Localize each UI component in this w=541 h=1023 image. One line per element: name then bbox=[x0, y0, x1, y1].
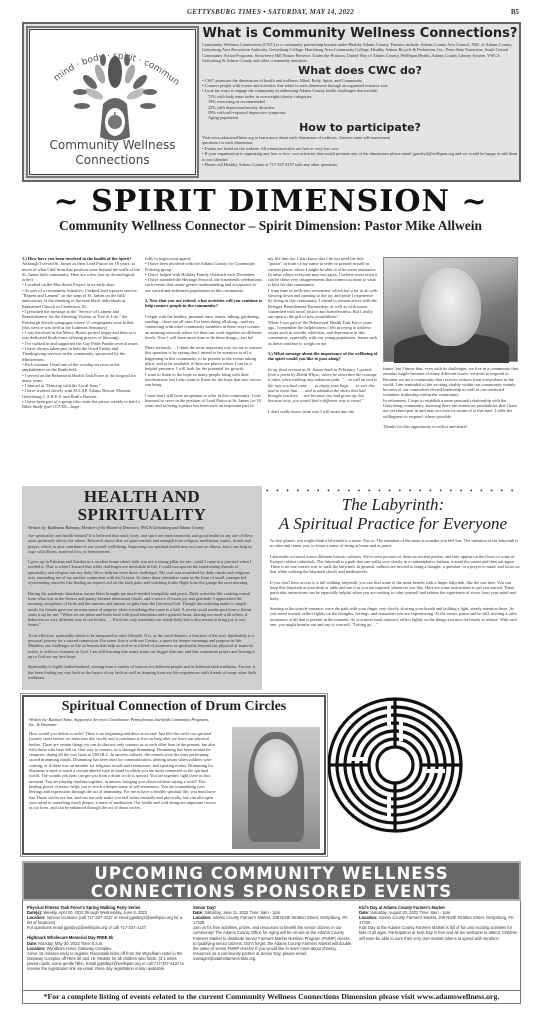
photo-head bbox=[419, 268, 481, 346]
event-location-value: Adams County Farmer's Market, 108 North … bbox=[193, 915, 347, 925]
pastor-photo bbox=[383, 257, 518, 362]
masthead-title: GETTYSBURG TIMES • SATURDAY, MAY 14, 202… bbox=[0, 8, 541, 16]
answer-text: my life thus far. I also know that I do … bbox=[268, 256, 378, 288]
answer-text: More seriously… I think the most importa… bbox=[145, 345, 263, 371]
labyrinth-paragraph: At first glance, you might think a labyr… bbox=[270, 538, 520, 549]
question-2: 2. Now that you are retired, what activi… bbox=[145, 298, 262, 308]
event-location-label: Location: bbox=[27, 946, 45, 951]
event-location: Location: Various locations (call 717-33… bbox=[27, 915, 187, 925]
events-banner: UPCOMING COMMUNITY WELLNESS CONNECTIONS … bbox=[22, 861, 521, 901]
spirit-dimension-title: ~ SPIRIT DIMENSION ~ bbox=[0, 186, 541, 218]
drum-body: How would you define a circle? There is … bbox=[24, 729, 224, 812]
interview-col-4: future, but I know that, even with its c… bbox=[383, 366, 518, 429]
event-extra: Kids Day at the Adams County Farmers Mar… bbox=[359, 925, 519, 940]
answer-bullet: • I served on the Behavioral Health Task… bbox=[22, 373, 140, 384]
cwc-info-text: What is Community Wellness Connections? … bbox=[202, 26, 518, 167]
interview-col-1: 1.) How have you been involved in the he… bbox=[22, 256, 140, 410]
answer-text: I trust that I still have an opinion to … bbox=[145, 393, 263, 409]
health-byline: Written by: Rukhsana Rahman, Member of t… bbox=[22, 524, 262, 533]
logo-name-line2: Connections bbox=[30, 153, 195, 168]
labyrinth-title: The Labyrinth: A Spiritual Practice for … bbox=[266, 495, 520, 533]
labyrinth-title-line1: The Labyrinth: bbox=[266, 495, 520, 514]
answer-bullet: • I have been part of a group who visits… bbox=[22, 399, 140, 410]
health-paragraph: During the pandemic shutdown, nature hik… bbox=[28, 591, 256, 628]
event-location: Location: Adams County Farmer's Market, … bbox=[193, 915, 353, 925]
event-location-value: Wyndham Hotel, Gateway Complex bbox=[47, 946, 112, 951]
masthead: GETTYSBURG TIMES • SATURDAY, MAY 14, 202… bbox=[0, 8, 541, 20]
health-paragraph: Spirituality is highly individualized, c… bbox=[28, 664, 256, 680]
health-paragraph: I grew up in Pakistan and Zambia in a ca… bbox=[28, 559, 256, 585]
logo-name-line1: Community Wellness bbox=[30, 138, 195, 153]
answer-text: I want to listen to the hope so many peo… bbox=[145, 372, 263, 388]
cwc-logo: mind · body · spirit · community Communi… bbox=[29, 29, 196, 175]
events-col-1: Physical Fitness Task Force's Spring Wal… bbox=[27, 905, 187, 971]
what-does-heading: What does CWC do? bbox=[202, 65, 518, 77]
health-title: HEALTH AND SPIRITUALITY bbox=[22, 488, 262, 524]
question-3: 3.) What message about the importance of… bbox=[268, 351, 377, 361]
interview-col-3: my life thus far. I also know that I do … bbox=[268, 256, 378, 414]
answer-text: I don't really know what way I will trea… bbox=[268, 409, 378, 414]
labyrinth-paragraph: Starting at the outside entrance, trace … bbox=[270, 606, 520, 627]
events-list: Physical Fitness Task Force's Spring Wal… bbox=[22, 901, 521, 991]
footer-note: *For a complete listing of events relate… bbox=[22, 991, 521, 1004]
events-banner-line2: CONNECTIONS SPONSORED EVENTS bbox=[24, 883, 519, 901]
answer-text: Thanks for this opportunity to reflect a… bbox=[383, 424, 518, 429]
logo-name: Community Wellness Connections bbox=[30, 138, 195, 168]
answer-bullet: • I preached the message at the "Service… bbox=[22, 309, 140, 330]
drum-byline: Written by: Rachael Stine, Supportive Se… bbox=[24, 715, 219, 729]
answer-text: future, but I know that, even with its c… bbox=[383, 366, 518, 398]
labyrinth-title-line2: A Spiritual Practice for Everyone bbox=[266, 514, 520, 533]
answer-bullet: • As part of a community initiative, I h… bbox=[22, 288, 140, 309]
health-paragraph: To be effective, spirituality needs to b… bbox=[28, 633, 256, 659]
health-spirituality-article: HEALTH AND SPIRITUALITY Written by: Rukh… bbox=[22, 486, 262, 690]
answer-text: Although I served St. James as their Lea… bbox=[22, 261, 140, 282]
labyrinth-paragraph: If you don't have access to a full walki… bbox=[270, 580, 520, 601]
participate-line: • Please call Healthy Adams County at 71… bbox=[202, 162, 518, 167]
what-is-body: Community Wellness Connections (CWC) is … bbox=[202, 42, 518, 64]
event-extra: Join us for free activities, prizes, and… bbox=[193, 925, 353, 961]
page-number: B5 bbox=[511, 8, 519, 16]
answer-text: In retirement, I hope to establish a mor… bbox=[383, 398, 518, 419]
dotted-divider: • • • • • • • • • • • • • • • • • • • • … bbox=[266, 488, 520, 494]
spirit-subtitle: Community Wellness Connector – Spirit Di… bbox=[0, 218, 541, 234]
labyrinth-text: At first glance, you might think a labyr… bbox=[270, 538, 520, 632]
event-extra: Arrive 15 minutes early to register. Rac… bbox=[27, 951, 187, 971]
event-location-value: Adams County Farmer's Market, 108 North … bbox=[359, 915, 513, 925]
event-location-value: Various locations (call 717-337-4137 or … bbox=[27, 915, 182, 925]
answer-bullet: • I have attended the Heritage Festival,… bbox=[145, 277, 263, 293]
question-1: 1.) How have you been involved in the he… bbox=[22, 256, 132, 261]
what-is-heading: What is Community Wellness Connections? bbox=[202, 27, 518, 41]
answer-bullet: • I have always taken part in both the G… bbox=[22, 346, 140, 362]
participate-line: Visit www.adamswellness.org to learn mor… bbox=[202, 135, 402, 146]
cwc-info-box: mind · body · spirit · community Communi… bbox=[22, 22, 521, 182]
drum-circles-article: Spiritual Connection of Drum Circles Wri… bbox=[22, 695, 326, 855]
participate-line: • If your organization is organizing any… bbox=[202, 151, 518, 162]
labyrinth-paragraph: Labyrinths occurred across different his… bbox=[270, 554, 520, 575]
answer-bullet: • I have been involved with the Adams Co… bbox=[145, 261, 263, 272]
answer-bullet: • I have worked closely with SCCAP, Adam… bbox=[22, 388, 140, 399]
tree-logo-icon bbox=[70, 52, 160, 147]
event-location: Location: Adams County Farmer's Market, … bbox=[359, 915, 519, 925]
answer-text: In my final sermon at St. James back in … bbox=[268, 367, 378, 404]
interview-col-2: fully to begin soon again). • I have bee… bbox=[145, 256, 263, 408]
drum-title: Spiritual Connection of Drum Circles bbox=[24, 698, 324, 715]
events-banner-line1: UPCOMING COMMUNITY WELLNESS bbox=[24, 865, 519, 883]
events-col-2: Senior Day! Date: Saturday, June 11, 202… bbox=[193, 905, 353, 961]
events-col-3: Kid's Day at Adams County Farmer's Marke… bbox=[359, 905, 519, 941]
health-paragraph: Are spirituality and health related? It … bbox=[28, 533, 256, 554]
finger-labyrinth-icon bbox=[325, 695, 465, 835]
answer-bullet: • Each summer I lead one of the worship … bbox=[22, 362, 140, 373]
participate-heading: How to participate? bbox=[202, 122, 518, 134]
answer-text: When I was part of the Behavioral Health… bbox=[268, 320, 378, 346]
answer-text: I begin with the healthy, personal ones:… bbox=[145, 314, 263, 340]
drum-author-photo bbox=[232, 727, 320, 849]
photo-face bbox=[254, 739, 298, 797]
answer-text: I want time to settle into retirement, w… bbox=[268, 288, 378, 320]
answer-bullet: • I was involved as the Mercy House proj… bbox=[22, 330, 140, 341]
